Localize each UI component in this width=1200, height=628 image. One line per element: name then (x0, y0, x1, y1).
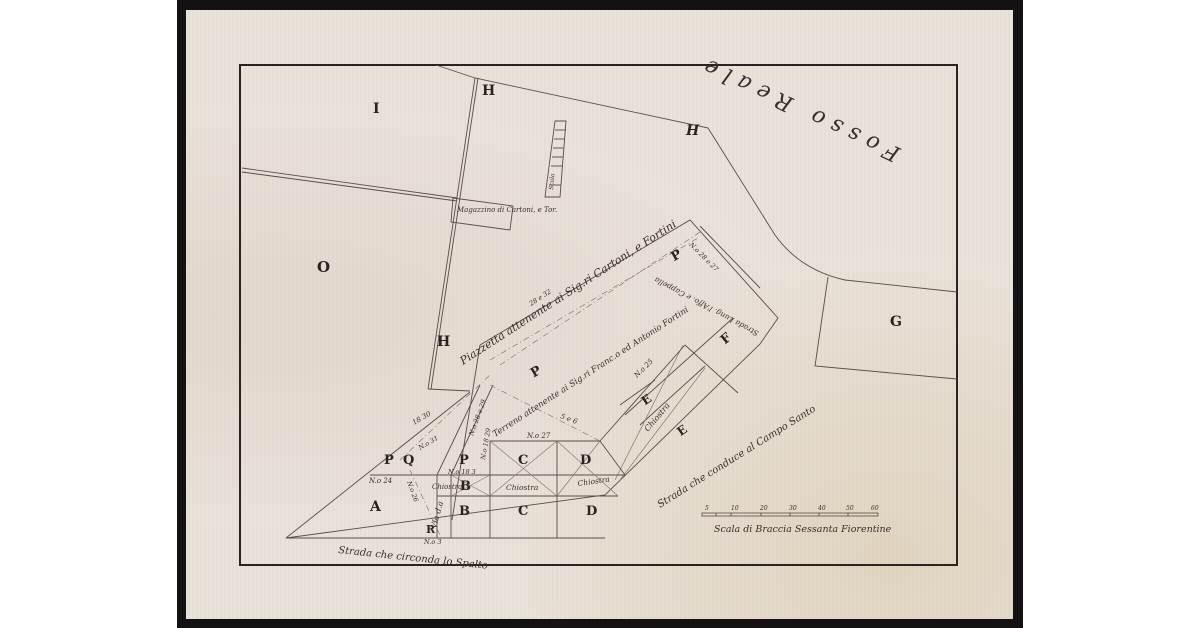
number-25: N.o 25 (632, 357, 655, 380)
number-24: N.o 24 (368, 477, 392, 485)
parcel-F: F (718, 330, 735, 348)
parcel-G: G (890, 314, 902, 330)
scale-tick-40: 40 (817, 505, 826, 512)
parcel-H-top: H (482, 83, 495, 99)
parcel-P-top: P (669, 247, 685, 265)
scale-tick-60: 60 (871, 505, 879, 512)
number-5-6: 5 e 6 (559, 412, 579, 426)
number-26: N.o 26 (405, 479, 420, 503)
scale-tick-10: 10 (731, 505, 739, 512)
scale-bar (702, 513, 878, 516)
parcel-E-bottom: E (674, 422, 690, 439)
parcel-C-top: C (518, 453, 528, 468)
number-18-3: N.o 18 3 (447, 468, 476, 476)
map-drawing: I H H H O G F P P P P Q A B B C C D D E … (0, 0, 1200, 628)
parcel-A: A (369, 499, 382, 515)
magazzino-label: Magazzino di Cartoni, e Tor. (456, 206, 557, 214)
scala-label: Scala (548, 173, 556, 191)
strada-campo-santo-label: Strada che conduce al Campo Santo (656, 404, 818, 511)
parcel-D-top: D (580, 453, 591, 468)
scale-caption: Scala di Braccia Sessanta Fiorentine (714, 524, 892, 535)
parcel-B-bottom: B (459, 504, 470, 519)
parcel-C-bottom: C (518, 504, 528, 519)
scale-tick-30: 30 (789, 505, 797, 512)
number-28-27: N.o 28 e 27 (687, 240, 721, 274)
parcel-P-left2: P (459, 453, 469, 468)
parcel-P-left1: P (384, 453, 394, 468)
number-27: N.o 27 (526, 432, 551, 440)
chiostra-label-1: Chiostra (432, 483, 462, 491)
parcel-D-bottom: D (586, 504, 597, 519)
parcel-P-mid: P (528, 363, 544, 381)
chiostra-label-3: Chiostra (577, 475, 610, 488)
chiostra-label-2: Chiostra (506, 483, 538, 492)
scale-tick-5: 5 (705, 505, 709, 512)
parcel-H-right: H (685, 123, 700, 139)
scale-tick-50: 50 (846, 505, 854, 512)
parcel-Q: Q (403, 453, 414, 468)
number-3: N.o 3 (423, 538, 441, 546)
parcel-H-left: H (437, 334, 450, 350)
via-label: Via d.a (429, 500, 445, 530)
fosso-reale-label: Fosso Reale (693, 50, 905, 166)
number-31: N.o 31 (416, 434, 440, 452)
number-18-29: N.o 18 29 (479, 428, 493, 462)
scale-tick-20: 20 (759, 505, 768, 512)
strada-spalto-label: Strada che circonda lo Spalto (338, 545, 489, 572)
piazzetta-label: Piazzetta attenente ai Sig.ri Cartoni, e… (457, 218, 679, 368)
parcel-I: I (373, 101, 380, 117)
parcel-E-top: E (639, 391, 655, 408)
strada-top-label: Strada Lung. l'Affo. e Cappella (653, 275, 760, 338)
parcel-O: O (317, 258, 330, 276)
